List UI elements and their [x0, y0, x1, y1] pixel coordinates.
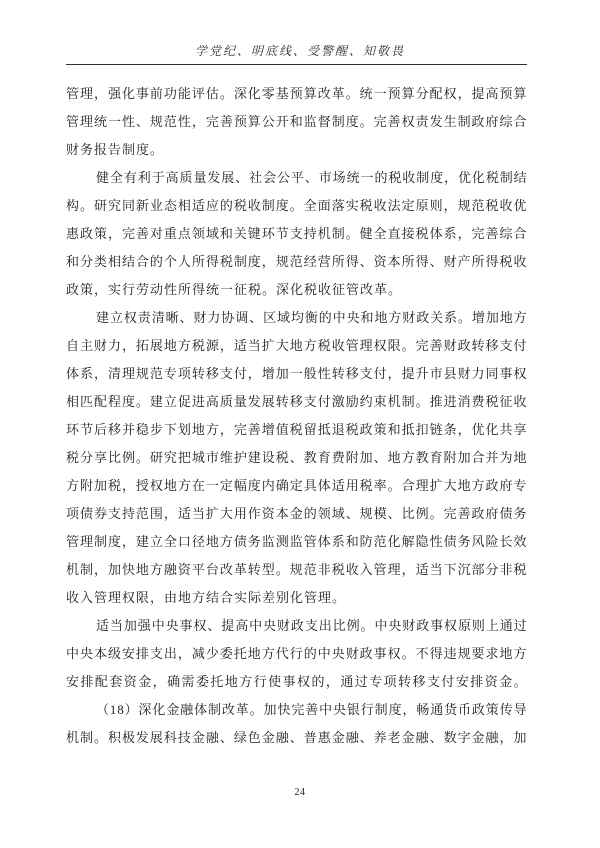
document-page: 学党纪、明底线、受警醒、知敬畏 管理，强化事前功能评估。深化零基预算改革。统一预…: [0, 0, 600, 848]
text-line: 安排配套资金，确需委托地方行使事权的，通过专项转移支付安排资金。: [66, 668, 527, 696]
text-line: 方附加税，授权地方在一定幅度内确定具体适用税率。合理扩大地方政府专: [66, 472, 527, 500]
text-line: （18）深化金融体制改革。加快完善中央银行制度，畅通货币政策传导: [66, 696, 527, 724]
text-line: 机制，加快地方融资平台改革转型。规范非税收入管理，适当下沉部分非税: [66, 556, 527, 584]
text-line: 相匹配程度。建立促进高质量发展转移支付激励约束机制。推进消费税征收: [66, 388, 527, 416]
text-line: 机制。积极发展科技金融、绿色金融、普惠金融、养老金融、数字金融，加: [66, 724, 527, 752]
text-line: 政策，实行劳动性所得统一征税。深化税收征管改革。: [66, 276, 527, 304]
header-rule-line: [66, 64, 527, 65]
text-line: 项债券支持范围，适当扩大用作资本金的领域、规模、比例。完善政府债务: [66, 500, 527, 528]
paragraph: （18）深化金融体制改革。加快完善中央银行制度，畅通货币政策传导机制。积极发展科…: [66, 696, 527, 752]
text-line: 健全有利于高质量发展、社会公平、市场统一的税收制度，优化税制结: [66, 164, 527, 192]
text-line: 构。研究同新业态相适应的税收制度。全面落实税收法定原则，规范税收优: [66, 192, 527, 220]
text-line: 体系，清理规范专项转移支付，增加一般性转移支付，提升市县财力同事权: [66, 360, 527, 388]
text-line: 建立权责清晰、财力协调、区域均衡的中央和地方财政关系。增加地方: [66, 304, 527, 332]
running-header-title: 学党纪、明底线、受警醒、知敬畏: [0, 42, 600, 59]
text-line: 中央本级安排支出，减少委托地方代行的中央财政事权。不得违规要求地方: [66, 640, 527, 668]
page-number: 24: [0, 787, 600, 798]
text-line: 管理统一性、规范性，完善预算公开和监督制度。完善权责发生制政府综合: [66, 108, 527, 136]
text-line: 自主财力，拓展地方税源，适当扩大地方税收管理权限。完善财政转移支付: [66, 332, 527, 360]
text-line: 收入管理权限，由地方结合实际差别化管理。: [66, 584, 527, 612]
text-line: 管理，强化事前功能评估。深化零基预算改革。统一预算分配权，提高预算: [66, 80, 527, 108]
text-line: 管理制度，建立全口径地方债务监测监管体系和防范化解隐性债务风险长效: [66, 528, 527, 556]
paragraph: 建立权责清晰、财力协调、区域均衡的中央和地方财政关系。增加地方自主财力，拓展地方…: [66, 304, 527, 612]
text-line: 税分享比例。研究把城市维护建设税、教育费附加、地方教育附加合并为地: [66, 444, 527, 472]
paragraph: 管理，强化事前功能评估。深化零基预算改革。统一预算分配权，提高预算管理统一性、规…: [66, 80, 527, 164]
text-line: 惠政策，完善对重点领域和关键环节支持机制。健全直接税体系，完善综合: [66, 220, 527, 248]
document-body: 管理，强化事前功能评估。深化零基预算改革。统一预算分配权，提高预算管理统一性、规…: [66, 80, 527, 752]
paragraph: 适当加强中央事权、提高中央财政支出比例。中央财政事权原则上通过中央本级安排支出，…: [66, 612, 527, 696]
paragraph: 健全有利于高质量发展、社会公平、市场统一的税收制度，优化税制结构。研究同新业态相…: [66, 164, 527, 304]
text-line: 适当加强中央事权、提高中央财政支出比例。中央财政事权原则上通过: [66, 612, 527, 640]
text-line: 环节后移并稳步下划地方，完善增值税留抵退税政策和抵扣链条，优化共享: [66, 416, 527, 444]
text-line: 财务报告制度。: [66, 136, 527, 164]
text-line: 和分类相结合的个人所得税制度，规范经营所得、资本所得、财产所得税收: [66, 248, 527, 276]
